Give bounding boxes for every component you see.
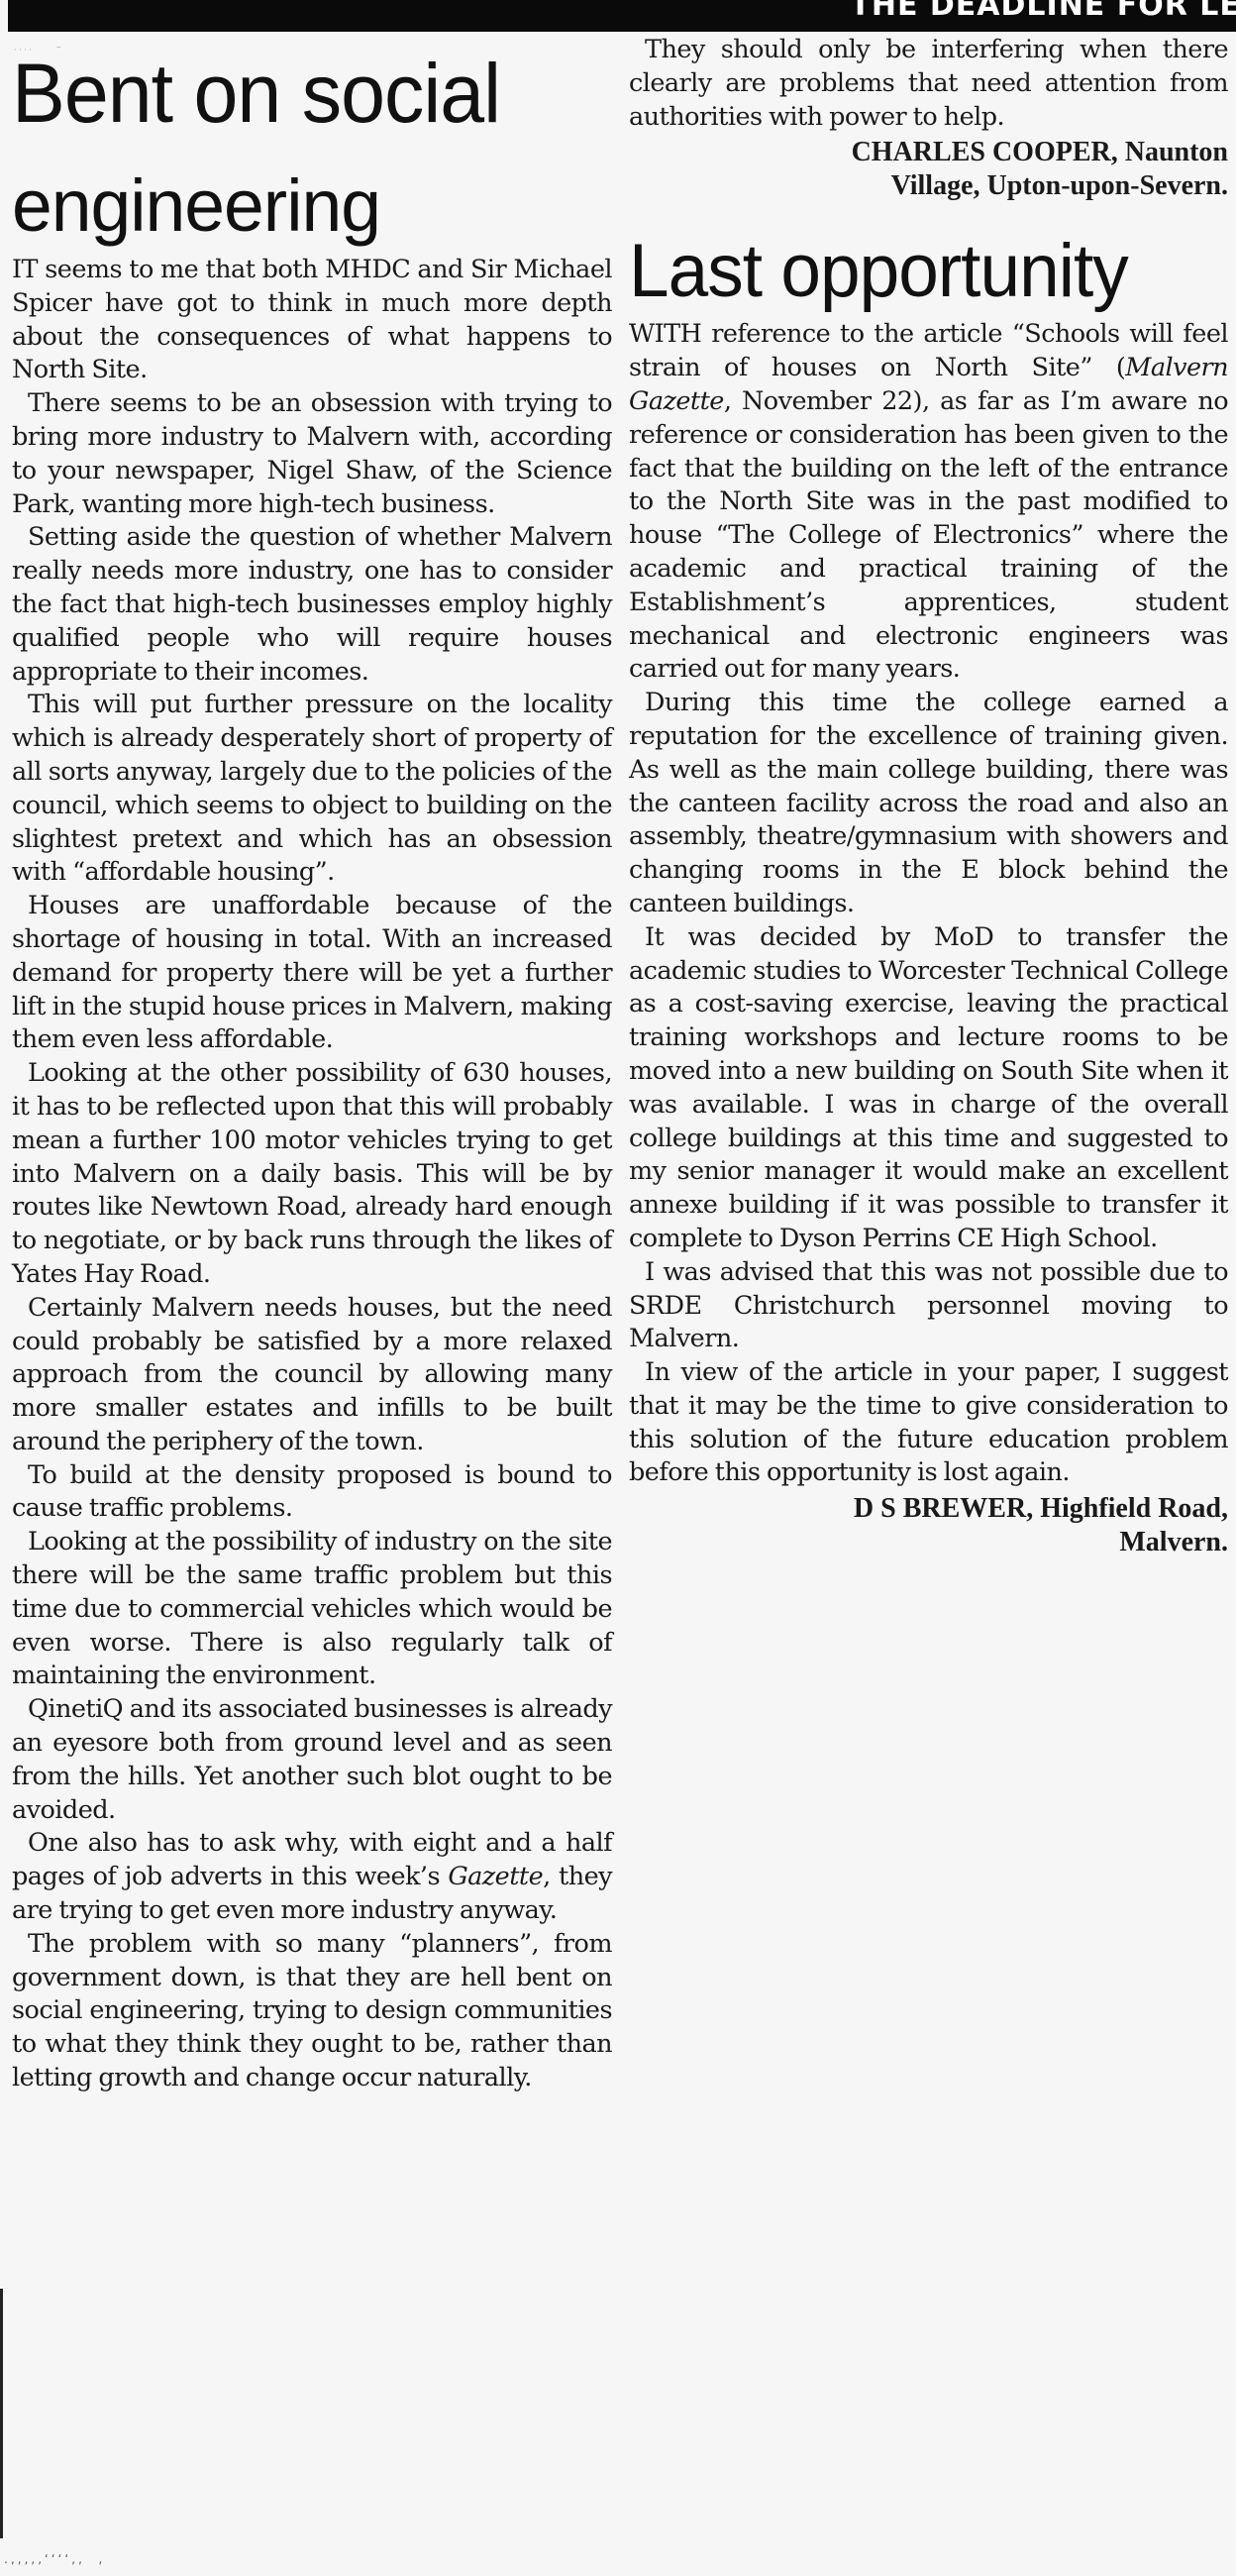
print-speckles-bottom: .‚‚‚‚‚‘‘‘‘‚‚ ‚	[4, 2552, 105, 2566]
letter-headline-continued: engineering	[12, 164, 606, 248]
letter-headline: Bent on social	[12, 46, 588, 141]
column-rule	[0, 2289, 3, 2538]
paragraph: Looking at the other possibility of 630 …	[12, 1057, 612, 1292]
letter-bent-on-social-engineering: Bent on social engineering IT seems to m…	[12, 44, 612, 2095]
letter-body: WITH reference to the article “Schools w…	[629, 318, 1228, 1490]
letter-signature: D S BREWER, Highfield Road, Malvern.	[629, 1492, 1228, 1559]
signature-place: , Naunton	[1111, 137, 1228, 167]
signature-name: D S BREWER	[854, 1493, 1026, 1524]
paragraph: During this time the college earned a re…	[629, 687, 1228, 921]
section-header-bar: THE DEADLINE FOR LETTE	[8, 0, 1236, 32]
paragraph: IT seems to me that both MHDC and Sir Mi…	[12, 254, 612, 387]
paragraph: WITH reference to the article “Schools w…	[629, 318, 1228, 687]
paragraph: They should only be interfering when the…	[629, 34, 1228, 134]
headline-text: Last opportunity	[629, 229, 1128, 313]
paragraph: One also has to ask why, with eight and …	[12, 1827, 612, 1927]
paragraph: This will put further pressure on the lo…	[12, 689, 612, 890]
letter-body: IT seems to me that both MHDC and Sir Mi…	[12, 254, 612, 2095]
paragraph: Houses are unaffordable because of the s…	[12, 890, 612, 1057]
paragraph: It was decided by MoD to transfer the ac…	[629, 921, 1228, 1256]
paragraph: Setting aside the question of whether Ma…	[12, 521, 612, 689]
signature-place-line-2: Malvern.	[1119, 1527, 1228, 1557]
paragraph: QinetiQ and its associated businesses is…	[12, 1693, 612, 1827]
letter-body-continued: They should only be interfering when the…	[629, 34, 1228, 134]
paragraph: The problem with so many “planners”, fro…	[12, 1928, 612, 2095]
paragraph: Looking at the possibility of industry o…	[12, 1526, 612, 1693]
letter-headline: Last opportunity	[629, 229, 1204, 314]
headline-line-2: engineering	[12, 164, 380, 247]
section-header-text: THE DEADLINE FOR LETTE	[850, 0, 1236, 23]
paragraph: Certainly Malvern needs houses, but the …	[12, 1292, 612, 1459]
paragraph: To build at the density proposed is boun…	[12, 1459, 612, 1527]
signature-name: CHARLES COOPER	[852, 137, 1111, 167]
letter-last-opportunity: Last opportunity WITH reference to the a…	[629, 229, 1228, 1559]
signature-place: , Highfield Road,	[1026, 1493, 1228, 1524]
paragraph: I was advised that this was not possible…	[629, 1256, 1228, 1356]
paragraph: In view of the article in your paper, I …	[629, 1356, 1228, 1490]
paragraph: There seems to be an obsession with tryi…	[12, 387, 612, 521]
right-column: They should only be interfering when the…	[629, 44, 1228, 1559]
signature-place-line-2: Village, Upton-upon-Severn.	[891, 170, 1228, 201]
publication-name: Gazette	[448, 1862, 543, 1891]
headline-line-1: Bent on social	[12, 47, 500, 140]
letter-signature: CHARLES COOPER, Naunton Village, Upton-u…	[629, 136, 1228, 203]
